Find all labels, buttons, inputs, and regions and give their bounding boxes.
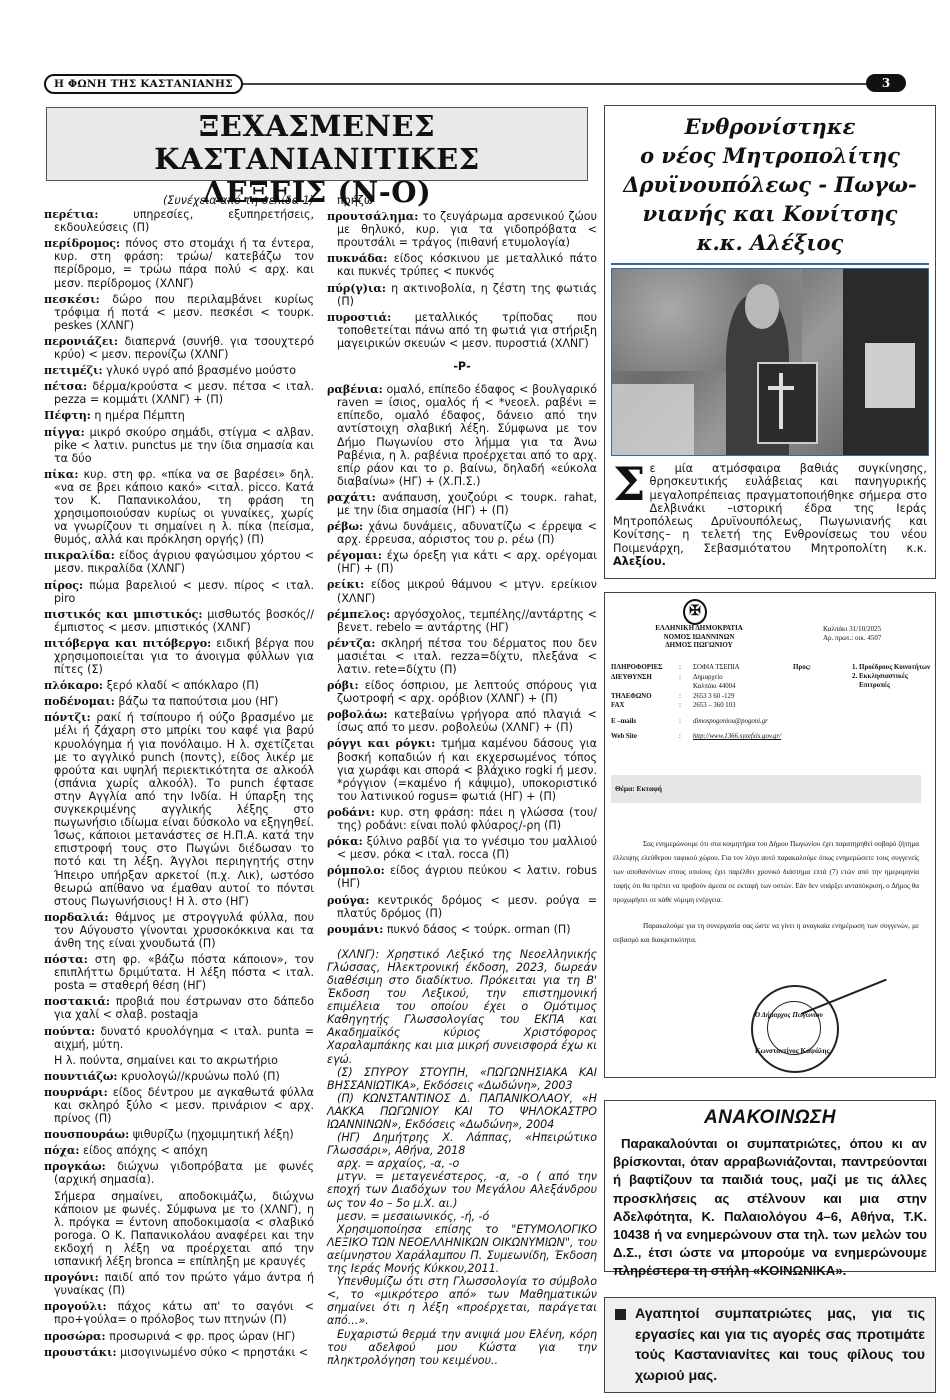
glossary-definition: προσωρινά < φρ. προς ώραν (ΗΓ) [109, 1330, 295, 1343]
glossary-entry: ρέβω: χάνω δυνάμεις, αδυνατίζω < έρρεψα … [327, 520, 597, 546]
glossary-entry: πίγγα: μικρό σκούρο σημάδι, στίγμα < αλβ… [44, 426, 314, 465]
glossary-entry: ρόκα: ξύλινο ραβδί για το γνέσιμο του μα… [327, 835, 597, 861]
cross-icon [779, 373, 783, 429]
glossary-definition: ανάπαυση, χουζούρι < τουρκ. rahat, με τη… [337, 491, 597, 517]
glossary-term: πουσπουράω: [44, 1128, 129, 1141]
reference-note: (ΗΓ) Δημήτρης Χ. Λάππας, «Ηπειρώτικο Γλω… [327, 1131, 597, 1157]
glossary-entry: πούντα: δυνατό κρυολόγημα < ιταλ. punta … [44, 1025, 314, 1051]
enthronement-article: Ενθρονίστηκεο νέος ΜητροπολίτηςΔρυϊνουπό… [604, 105, 936, 579]
glossary-term: πικραλίδα: [44, 549, 115, 562]
glossary-column-1: (Συνέχεια από τη σελίδα 1) περέτια: υπηρ… [44, 194, 314, 1362]
glossary-term: πιστικός και μπιστικός: [44, 608, 202, 621]
glossary-entry: πετιμέζι: γλυκό υγρό από βρασμένο μούστο [44, 364, 314, 377]
glossary-term: πιτόβεργα και πιτόβεργο: [44, 637, 211, 650]
reference-note: (Σ) ΣΠΥΡΟΥ ΣΤΟΥΠΗ, «ΠΩΓΩΝΗΣΙΑΚΑ ΚΑΙ ΒΗΣΣ… [327, 1066, 597, 1092]
contact-value: ΣΟΦΙΑ ΤΣΕΠΙΑ [693, 663, 781, 673]
title-line-1: ΞΕΧΑΣΜΕΝΕΣ ΚΑΣΤΑΝΙΑΝΙΤΙΚΕΣ [47, 110, 587, 176]
article-headline: Ενθρονίστηκεο νέος ΜητροπολίτηςΔρυϊνουπό… [605, 112, 935, 257]
glossary-entry: πίκα: κυρ. στη φρ. «πίκα να σε βαρέσει» … [44, 468, 314, 547]
metropolitan-name: Αλεξίου. [613, 555, 666, 568]
glossary-entry: περίδρομος: πόνος στο στομάχι ή τα έντερ… [44, 237, 314, 289]
glossary-entries-2: προυτσάλημα: το ζευγάρωμα αρσενικού ζώου… [327, 210, 597, 350]
glossary-term: ραβένια: [327, 383, 383, 396]
glossary-term: πέτσα: [44, 380, 87, 393]
glossary-term: προυστάκι: [44, 1346, 117, 1359]
glossary-entry: περέτια: υπηρεσίες, εξυπηρετήσεις, εκδου… [44, 208, 314, 234]
glossary-definition: σκληρή πέτσα του δέρματος που δεν μασιέτ… [337, 637, 597, 676]
glossary-entries-rho: ραβένια: ομαλό, επίπεδο έδαφος < βουλγαρ… [327, 383, 597, 936]
reference-note: μτγν. = μεταγενέστερος, -α, -ο ( από την… [327, 1170, 597, 1209]
contact-row: ΔΙΕΥΘΥΝΣΗ:Δημαρχείο [611, 673, 781, 683]
glossary-term: ρέντζα: [327, 637, 376, 650]
glossary-definition: είδος όσπριου, με λεπτούς σπόρους για ζω… [337, 679, 597, 705]
glossary-definition: ρακί ή τσίπουρο ή ούζο βρασμένο με μέλι … [54, 711, 314, 907]
support-local-box: Αγαπητοί συμπατριώτες μας, για τις εργασ… [604, 1297, 936, 1393]
glossary-entry: πύρ(γ)ια: η ακτινοβολία, η ζέστη της φωτ… [327, 282, 597, 308]
glossary-definition: κυρ. στη φράση: πάει η γλώσσα (του/της) … [337, 806, 597, 832]
official-stamp-icon [751, 985, 839, 1073]
glossary-definition: πυκνό δάσος < τούρκ. orman (Π) [387, 923, 571, 936]
website-link[interactable]: http://www.1366.syzefxis.gov.gr/ [693, 732, 781, 742]
glossary-entry: ρέμπελος: αργόσχολος, τεμπέλης//αντάρτης… [327, 608, 597, 634]
glossary-term: ροβολάω: [327, 708, 388, 721]
glossary-entry: Πέφτη: η ημέρα Πέμπτη [44, 409, 314, 422]
announcement-body: Παρακαλούνται οι συμπατριώτες, όπου κι α… [613, 1135, 927, 1281]
reference-note: Χρησιμοποίησα επίσης το "ΕΤΥΜΟΛΟΓΙΚΟ ΛΕΞ… [327, 1223, 597, 1275]
letter-body: Σας ενημερώνουμε ότι στα κοιμητήρια του … [613, 837, 919, 947]
glossary-term: πουρνάρι: [44, 1086, 108, 1099]
glossary-entry: πικραλίδα: είδος άγριου φαγώσιμου χόρτου… [44, 549, 314, 575]
glossary-term: πορδαλιά: [44, 911, 109, 924]
glossary-term: περίδρομος: [44, 237, 120, 250]
contact-row: FAX:2653 – 360 103 [611, 701, 781, 711]
masthead: Η ΦΩΝΗ ΤΗΣ ΚΑΣΤΑΝΙΑΝΗΣ 3 [44, 72, 906, 94]
glossary-definition: βάζω τα παπούτσια μου (ΗΓ) [118, 695, 278, 708]
glossary-entry: ποδένομαι: βάζω τα παπούτσια μου (ΗΓ) [44, 695, 314, 708]
reference-note: Υπενθυμίζω ότι στη Γλωσσολογία το σύμβολ… [327, 1275, 597, 1327]
signature-name: Κωνσταντίνος Καψάλης [755, 1047, 830, 1056]
paper-name: Η ΦΩΝΗ ΤΗΣ ΚΑΣΤΑΝΙΑΝΗΣ [44, 74, 243, 94]
glossary-term: πόντζι: [44, 711, 91, 724]
glossary-term: ποδένομαι: [44, 695, 115, 708]
glossary-definition: Η λ. πούντα, σημαίνει και το ακρωτήριο [54, 1054, 278, 1067]
square-bullet-icon [615, 1309, 626, 1320]
letter-recipients: Προς: Προέδρους Κοινοτήτων Εκκλησιαστικέ… [793, 663, 933, 690]
glossary-entry: προυτσάλημα: το ζευγάρωμα αρσενικού ζώου… [327, 210, 597, 249]
glossary-definition: πώμα βαρελιού < μεσν. πίρος < ιταλ. piro [54, 579, 314, 605]
glossary-definition: είδος απόχης < απόχη [83, 1144, 208, 1157]
glossary-definition: χάνω δυνάμεις, αδυνατίζω < έρρεψα < αρχ.… [337, 520, 597, 546]
glossary-entry: περονιάζει: διαπερνά (συνήθ. για τσουχτε… [44, 335, 314, 361]
glossary-term: ρόγγι και ρόγκι: [327, 737, 435, 750]
glossary-term: ρόβι: [327, 679, 359, 692]
cross-icon-plaque [757, 362, 818, 444]
glossary-term: πλόκαρο: [44, 679, 103, 692]
glossary-definition: κεντρικός δρόμος < μεσν. ρούγα = πλατύς … [337, 894, 597, 920]
glossary-entry: ροβολάω: κατεβαίνω γρήγορα από πλαγιά < … [327, 708, 597, 734]
glossary-definition: ομαλό, επίπεδο έδαφος < βουλγαρικό raven… [337, 383, 597, 488]
glossary-term: πόστα: [44, 953, 88, 966]
glossary-term: πύρ(γ)ια: [327, 282, 386, 295]
headline-line: ο νέος Μητροπολίτης [605, 141, 935, 170]
glossary-entry: πλόκαρο: ξερό κλαδί < απόκλαρο (Π) [44, 679, 314, 692]
glossary-term: πουντιάζω: [44, 1070, 118, 1083]
contact-row: Καλπάκι 44004 [611, 682, 781, 692]
glossary-term: προγκάω: [44, 1160, 106, 1173]
glossary-entry: πυκνάδα: είδος κόσκινου με μεταλλικό πάτ… [327, 252, 597, 278]
glossary-definition: δέρμα/κρούστα < μεσν. πέτσα < ιταλ. pezz… [54, 380, 314, 406]
greek-emblem-icon: ✠ [683, 599, 707, 625]
contact-row: ΤΗΛΕΦΩΝΟ:2653 3 60 -129 [611, 692, 781, 702]
announcement-box: ΑΝΑΚΟΙΝΩΣΗ Παρακαλούνται οι συμπατριώτες… [604, 1100, 936, 1272]
reference-note: μεσν. = μεσαιωνικός, -ή, -ό [327, 1210, 597, 1223]
headline-line: νιανής και Κονίτσης [605, 199, 935, 228]
glossary-entry: Σήμερα σημαίνει, αποδοκιμάζω, διώχνω κάπ… [44, 1190, 314, 1269]
glossary-term: πίκα: [44, 468, 78, 481]
support-local-text: Αγαπητοί συμπατριώτες μας, για τις εργασ… [615, 1304, 925, 1386]
glossary-entry: πέτσα: δέρμα/κρούστα < μεσν. πέτσα < ιτα… [44, 380, 314, 406]
glossary-entry: πόντζι: ρακί ή τσίπουρο ή ούζο βρασμένο … [44, 711, 314, 907]
glossary-entry: πίρος: πώμα βαρελιού < μεσν. πίρος < ιτα… [44, 579, 314, 605]
glossary-term: ρέβω: [327, 520, 363, 533]
continued-note: (Συνέχεια από τη σελίδα 1) [44, 194, 314, 207]
glossary-definition: μισογινωμένο σύκο < πρηστάκι < [120, 1346, 308, 1359]
glossary-term: προυτσάλημα: [327, 210, 418, 223]
reference-note: (Π) ΚΩΝΣΤΑΝΤΙΝΟΣ Δ. ΠΑΠΑΝΙΚΟΛΑΟΥ, «Η ΛΑΚ… [327, 1092, 597, 1131]
glossary-entry: προγκάω: διώχνω γιδοπρόβατα με φωνές (αρ… [44, 1160, 314, 1186]
glossary-term: προγόνι: [44, 1271, 99, 1284]
masthead-rule [194, 83, 868, 85]
glossary-entry: προσώρα: προσωρινά < φρ. προς ώραν (ΗΓ) [44, 1330, 314, 1343]
glossary-term: ποστακιά: [44, 995, 110, 1008]
glossary-definition: Σήμερα σημαίνει, αποδοκιμάζω, διώχνω κάπ… [54, 1190, 314, 1268]
glossary-term: ρέμπελος: [327, 608, 390, 621]
letter-header: ΕΛΛΗΝΙΚΗ ΔΗΜΟΚΡΑΤΙΑ ΝΟΜΟΣ ΙΩΑΝΝΙΝΩΝ ΔΗΜΟ… [649, 624, 749, 650]
glossary-definition: μικρό σκούρο σημάδι, στίγμα < αλβαν. pik… [54, 426, 314, 465]
glossary-entry: ρόγγι και ρόγκι: τμήμα καμένου δάσους γι… [327, 737, 597, 802]
glossary-entry: ραβένια: ομαλό, επίπεδο έδαφος < βουλγαρ… [327, 383, 597, 488]
glossary-definition: γλυκό υγρό από βρασμένο μούστο [106, 364, 296, 377]
glossary-entry: πιστικός και μπιστικός: μισθωτός βοσκός/… [44, 608, 314, 634]
main-article-title: ΞΕΧΑΣΜΕΝΕΣ ΚΑΣΤΑΝΙΑΝΙΤΙΚΕΣ ΛΕΞΕΙΣ (Ν-Ο) [46, 107, 588, 181]
glossary-term: πυκνάδα: [327, 252, 387, 265]
contact-row: Web Site:http://www.1366.syzefxis.gov.gr… [611, 732, 781, 742]
announcement-title: ΑΝΑΚΟΙΝΩΣΗ [605, 1107, 935, 1129]
glossary-term: πεσκέσι: [44, 293, 100, 306]
glossary-definition: στη φρ. «βάζω πόστα κάποιον», τον επιπλή… [54, 953, 314, 992]
contact-value: Δημαρχείο [693, 673, 781, 683]
glossary-term: προσώρα: [44, 1330, 106, 1343]
glossary-entry: πουντιάζω: κρυολογώ//κρυώνω πολύ (Π) [44, 1070, 314, 1083]
glossary-entry: πορδαλιά: θάμνος με στρογγυλά φύλλα, που… [44, 911, 314, 950]
glossary-entry: πόχα: είδος απόχης < απόχη [44, 1144, 314, 1157]
podium [612, 384, 694, 455]
glossary-term: πίγγα: [44, 426, 85, 439]
glossary-entry: ροδάνι: κυρ. στη φράση: πάει η γλώσσα (τ… [327, 806, 597, 832]
glossary-entry: ρούγα: κεντρικός δρόμος < μεσν. ρούγα = … [327, 894, 597, 920]
headline-line: Δρυϊνουπόλεως - Πωγω- [605, 170, 935, 199]
article-body: Σε μία ατμόσφαιρα βαθιάς συγκίνησης, θρη… [613, 462, 927, 568]
glossary-term: ρουμάνι: [327, 923, 383, 936]
glossary-definition: είδος μικρού θάμνου < μτγν. ερείκιον (ΧΛ… [337, 578, 597, 604]
glossary-entry: Η λ. πούντα, σημαίνει και το ακρωτήριο [44, 1054, 314, 1067]
glossary-entry: πουρνάρι: είδος δέντρου με αγκαθωτά φύλλ… [44, 1086, 314, 1125]
glossary-entry: ρέγομαι: έχω όρεξη για κάτι < αρχ. ορέγο… [327, 549, 597, 575]
glossary-entry: πυροστιά: μεταλλικός τρίποδας που τοποθε… [327, 311, 597, 350]
glossary-entry: πιτόβεργα και πιτόβεργο: ειδική βέργα πο… [44, 637, 314, 676]
contact-row: ΠΛΗΡΟΦΟΡΙΕΣ:ΣΟΦΙΑ ΤΣΕΠΙΑ [611, 663, 781, 673]
glossary-entry: ραχάτι: ανάπαυση, χουζούρι < τουρκ. raha… [327, 491, 597, 517]
glossary-term: Πέφτη: [44, 409, 91, 422]
contact-row: E –mails:dimospogoniou@pogoni.gr [611, 717, 781, 727]
glossary-entry: ρείκι: είδος μικρού θάμνου < μτγν. ερείκ… [327, 578, 597, 604]
glossary-term: περέτια: [44, 208, 98, 221]
glossary-entries-1: περέτια: υπηρεσίες, εξυπηρετήσεις, εκδου… [44, 208, 314, 1359]
continued-fragment: πρήζω [327, 194, 597, 207]
glossary-entry: ρόβι: είδος όσπριου, με λεπτούς σπόρους … [327, 679, 597, 705]
glossary-entry: ρόμπολο: είδος άγριου πεύκου < λατιν. ro… [327, 864, 597, 890]
glossary-definition: ξερό κλαδί < απόκλαρο (Π) [107, 679, 259, 692]
glossary-term: προγούλι: [44, 1300, 107, 1313]
drop-cap: Σ [613, 464, 646, 504]
reference-note: αρχ. = αρχαίος, -α, -ο [327, 1157, 597, 1170]
glossary-term: περονιάζει: [44, 335, 118, 348]
reference-note: Ευχαριστώ θερμά την ανιψιά μου Ελένη, κό… [327, 1328, 597, 1367]
headline-line: Ενθρονίστηκε [605, 112, 935, 141]
glossary-term: πούντα: [44, 1025, 95, 1038]
reference-note: (ΧΛΝΓ): Χρηστικό Λεξικό της Νεοελληνικής… [327, 948, 597, 1066]
contact-value: Καλπάκι 44004 [693, 682, 781, 692]
glossary-definition: κυρ. στη φρ. «πίκα να σε βαρέσει» δηλ. «… [54, 468, 314, 546]
glossary-term: ρείκι: [327, 578, 364, 591]
glossary-term: πυροστιά: [327, 311, 391, 324]
glossary-term: ροδάνι: [327, 806, 375, 819]
glossary-term: πίρος: [44, 579, 83, 592]
glossary-entry: ποστακιά: προβιά που έστρωναν στο δάπεδο… [44, 995, 314, 1021]
letter-contact-info: ΠΛΗΡΟΦΟΡΙΕΣ:ΣΟΦΙΑ ΤΣΕΠΙΑΔΙΕΥΘΥΝΣΗ:Δημαρχ… [611, 663, 781, 742]
glossary-entry: προγούλι: πάχος κάτω απ' το σαγόνι < προ… [44, 1300, 314, 1326]
glossary-term: ρόμπολο: [327, 864, 385, 877]
glossary-column-2: πρήζω προυτσάλημα: το ζευγάρωμα αρσενικο… [327, 194, 597, 1367]
glossary-term: πόχα: [44, 1144, 79, 1157]
glossary-entry: πόστα: στη φρ. «βάζω πόστα κάποιον», τον… [44, 953, 314, 992]
contact-value: 2653 – 360 103 [693, 701, 781, 711]
glossary-term: πετιμέζι: [44, 364, 103, 377]
glossary-entry: προγόνι: παιδί από τον πρώτο γάμο άντρα … [44, 1271, 314, 1297]
glossary-entry: προυστάκι: μισογινωμένο σύκο < πρηστάκι … [44, 1346, 314, 1359]
glossary-entry: ρουμάνι: πυκνό δάσος < τούρκ. orman (Π) [327, 923, 597, 936]
headline-rule [611, 263, 929, 265]
glossary-entry: πεσκέσι: δώρο που περιλαμβάνει κυρίως τρ… [44, 293, 314, 332]
glossary-definition: κρυολογώ//κρυώνω πολύ (Π) [121, 1070, 280, 1083]
glossary-term: ραχάτι: [327, 491, 376, 504]
signature-title: Ο Δήμαρχος Πωγωνίου [755, 1011, 823, 1020]
letter-date: Καλπάκι 31/10/2025 Αρ. πρωτ.: οικ. 4507 [823, 625, 881, 642]
glossary-entry: πουσπουράω: ψιθυρίζω (ηχομιμητική λέξη) [44, 1128, 314, 1141]
glossary-term: ρέγομαι: [327, 549, 382, 562]
email-address: dimospogoniou@pogoni.gr [693, 717, 781, 727]
glossary-definition: η ημέρα Πέμπτη [94, 409, 184, 422]
glossary-definition: ξύλινο ραβδί για το γνέσιμο του μαλλιού … [337, 835, 597, 861]
glossary-term: ρόκα: [327, 835, 363, 848]
letter-subject: Θέμα: Εκταφή [611, 775, 921, 803]
section-letter-rho: -Ρ- [327, 360, 597, 373]
references: (ΧΛΝΓ): Χρηστικό Λεξικό της Νεοελληνικής… [327, 948, 597, 1367]
page-number: 3 [866, 74, 906, 92]
glossary-entry: ρέντζα: σκληρή πέτσα του δέρματος που δε… [327, 637, 597, 676]
glossary-definition: ψιθυρίζω (ηχομιμητική λέξη) [133, 1128, 294, 1141]
municipality-letter: ✠ ΕΛΛΗΝΙΚΗ ΔΗΜΟΚΡΑΤΙΑ ΝΟΜΟΣ ΙΩΑΝΝΙΝΩΝ ΔΗ… [604, 592, 936, 1078]
ceremony-photo [611, 268, 929, 456]
headline-line: κ.κ. Αλέξιος [605, 228, 935, 257]
contact-value: 2653 3 60 -129 [693, 692, 781, 702]
glossary-term: ρούγα: [327, 894, 369, 907]
